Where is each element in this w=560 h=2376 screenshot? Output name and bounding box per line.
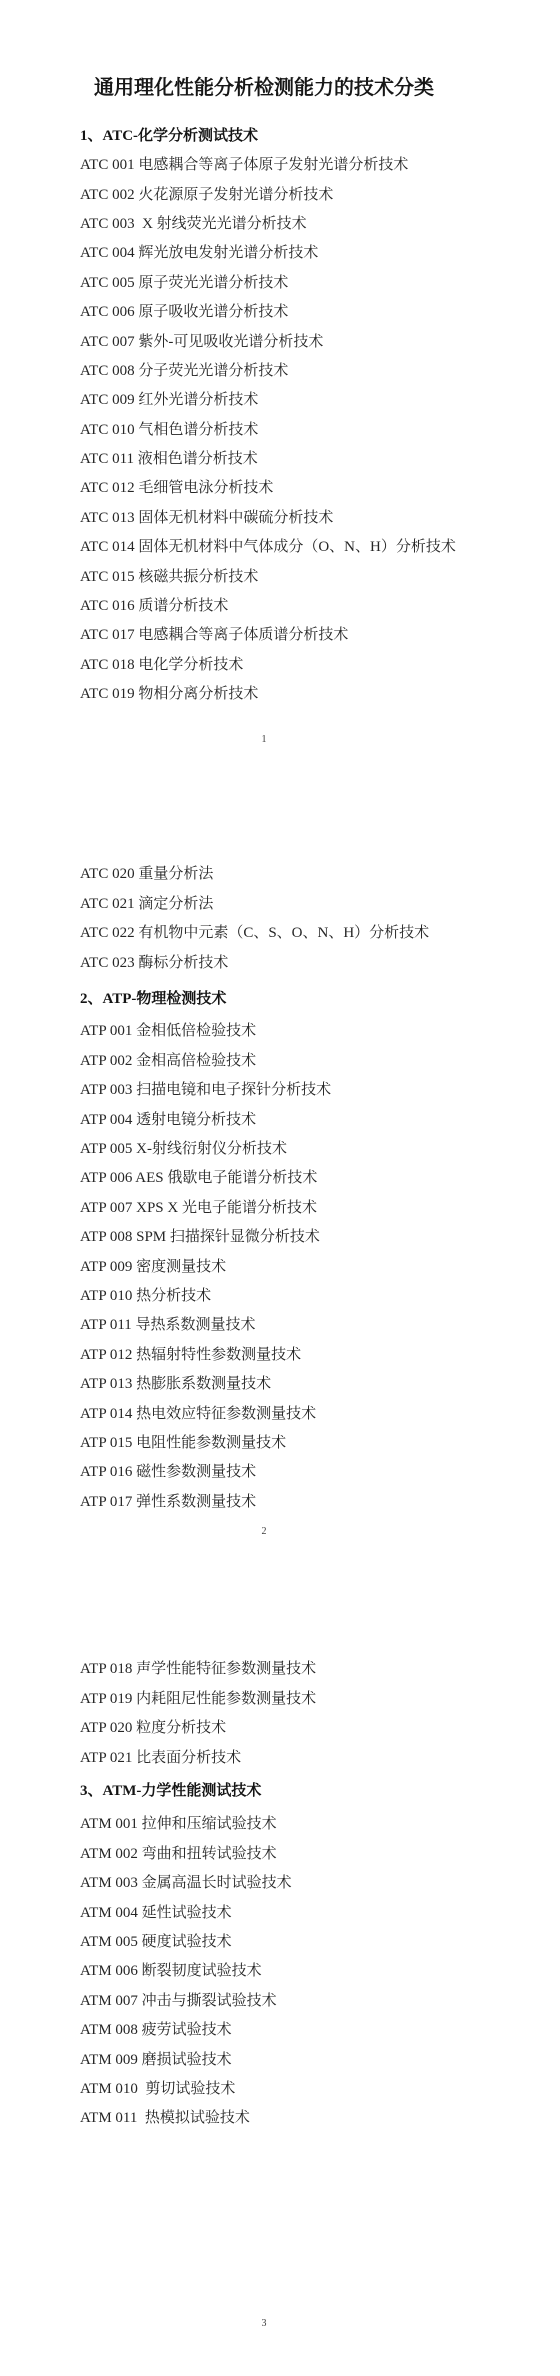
classification-item: ATC 008 分子荧光光谱分析技术 [80, 355, 448, 384]
page-1: 通用理化性能分析检测能力的技术分类 1、ATC-化学分析测试技术 ATC 001… [0, 0, 560, 792]
doc-line-text: ATC 007 紫外-可见吸收光谱分析技术 [80, 330, 323, 351]
doc-line-text: ATC 003 X 射线荧光光谱分析技术 [80, 212, 307, 233]
doc-line-text: ATP 018 声学性能特征参数测量技术 [80, 1657, 316, 1678]
doc-line-text: ATP 006 AES 俄歇电子能谱分析技术 [80, 1166, 317, 1187]
doc-line-text: ATM 005 硬度试验技术 [80, 1930, 232, 1951]
doc-line-text: ATM 008 疲劳试验技术 [80, 2018, 232, 2039]
classification-item: ATM 004 延性试验技术 [80, 1896, 448, 1925]
classification-item: ATP 011 导热系数测量技术 [80, 1309, 448, 1338]
classification-item: ATP 005 X-射线衍射仪分析技术 [80, 1133, 448, 1162]
doc-line-text: ATP 002 金相高倍检验技术 [80, 1049, 256, 1070]
classification-item: ATP 010 热分析技术 [80, 1280, 448, 1309]
classification-item: ATC 022 有机物中元素（C、S、O、N、H）分析技术 [80, 917, 448, 946]
doc-line-text: ATM 004 延性试验技术 [80, 1901, 232, 1922]
doc-line-text: ATM 011 热模拟试验技术 [80, 2106, 250, 2127]
doc-line-text: ATM 001 拉伸和压缩试验技术 [80, 1812, 277, 1833]
doc-line-text: ATC 017 电感耦合等离子体质谱分析技术 [80, 623, 348, 644]
doc-line-text: ATM 009 磨损试验技术 [80, 2048, 232, 2069]
doc-line-text: ATP 020 粒度分析技术 [80, 1716, 226, 1737]
classification-item: ATC 009 红外光谱分析技术 [80, 384, 448, 413]
classification-item: ATP 006 AES 俄歇电子能谱分析技术 [80, 1162, 448, 1191]
classification-item: ATC 004 辉光放电发射光谱分析技术 [80, 237, 448, 266]
classification-item: ATP 021 比表面分析技术 [80, 1741, 448, 1770]
doc-line-text: ATP 009 密度测量技术 [80, 1255, 226, 1276]
classification-item: ATP 015 电阻性能参数测量技术 [80, 1427, 448, 1456]
classification-item: ATC 001 电感耦合等离子体原子发射光谱分析技术 [80, 149, 448, 178]
doc-line-text: ATP 004 透射电镜分析技术 [80, 1108, 256, 1129]
doc-line-text: ATC 011 液相色谱分析技术 [80, 447, 258, 468]
doc-line-text: ATC 018 电化学分析技术 [80, 653, 243, 674]
page-3: ATP 018 声学性能特征参数测量技术 ATP 019 内耗阻尼性能参数测量技… [0, 1584, 560, 2376]
classification-item: ATC 007 紫外-可见吸收光谱分析技术 [80, 325, 448, 354]
page-3-lines: ATP 018 声学性能特征参数测量技术 ATP 019 内耗阻尼性能参数测量技… [80, 1653, 448, 2131]
doc-line-text: ATC 008 分子荧光光谱分析技术 [80, 359, 288, 380]
classification-item: ATP 020 粒度分析技术 [80, 1712, 448, 1741]
doc-line-text: ATP 005 X-射线衍射仪分析技术 [80, 1137, 287, 1158]
classification-item: ATC 019 物相分离分析技术 [80, 678, 448, 707]
classification-item: ATP 002 金相高倍检验技术 [80, 1045, 448, 1074]
doc-line-text: ATC 019 物相分离分析技术 [80, 682, 258, 703]
classification-item: ATP 016 磁性参数测量技术 [80, 1456, 448, 1485]
document: 通用理化性能分析检测能力的技术分类 1、ATC-化学分析测试技术 ATC 001… [0, 0, 560, 2376]
doc-line-text: ATP 012 热辐射特性参数测量技术 [80, 1343, 301, 1364]
page-number: 3 [80, 2317, 448, 2331]
classification-item: ATM 003 金属高温长时试验技术 [80, 1867, 448, 1896]
doc-line-text: ATC 016 质谱分析技术 [80, 594, 228, 615]
classification-item: ATP 012 热辐射特性参数测量技术 [80, 1339, 448, 1368]
doc-line-text: ATC 005 原子荧光光谱分析技术 [80, 271, 288, 292]
doc-line-text: ATP 017 弹性系数测量技术 [80, 1490, 256, 1511]
doc-line-text: ATM 007 冲击与撕裂试验技术 [80, 1989, 277, 2010]
classification-item: ATM 002 弯曲和扭转试验技术 [80, 1838, 448, 1867]
document-title: 通用理化性能分析检测能力的技术分类 [80, 74, 448, 102]
doc-line-text: ATC 010 气相色谱分析技术 [80, 418, 258, 439]
page-1-lines: 1、ATC-化学分析测试技术 ATC 001 电感耦合等离子体原子发射光谱分析技… [80, 120, 448, 708]
classification-item: ATC 011 液相色谱分析技术 [80, 443, 448, 472]
classification-item: ATC 014 固体无机材料中气体成分（O、N、H）分析技术 [80, 531, 448, 560]
doc-line-text: ATP 011 导热系数测量技术 [80, 1313, 256, 1334]
classification-item: ATM 009 磨损试验技术 [80, 2043, 448, 2072]
doc-line-text: ATC 009 红外光谱分析技术 [80, 388, 258, 409]
doc-line-text: ATC 021 滴定分析法 [80, 892, 213, 913]
doc-line-text: ATP 013 热膨胀系数测量技术 [80, 1372, 271, 1393]
classification-item: ATC 003 X 射线荧光光谱分析技术 [80, 208, 448, 237]
page-2: ATC 020 重量分析法 ATC 021 滴定分析法 ATC 022 有机物中… [0, 792, 560, 1584]
classification-item: ATM 008 疲劳试验技术 [80, 2014, 448, 2043]
doc-line-text: ATP 016 磁性参数测量技术 [80, 1460, 256, 1481]
classification-item: ATP 003 扫描电镜和电子探针分析技术 [80, 1074, 448, 1103]
classification-item: ATP 009 密度测量技术 [80, 1250, 448, 1279]
page-number: 1 [80, 733, 448, 747]
doc-line-text: ATP 003 扫描电镜和电子探针分析技术 [80, 1078, 331, 1099]
classification-item: ATC 012 毛细管电泳分析技术 [80, 472, 448, 501]
classification-item: ATM 007 冲击与撕裂试验技术 [80, 1985, 448, 2014]
doc-line-text: ATC 020 重量分析法 [80, 862, 213, 883]
page-2-content: ATC 020 重量分析法 ATC 021 滴定分析法 ATC 022 有机物中… [80, 792, 448, 1515]
classification-item: ATP 013 热膨胀系数测量技术 [80, 1368, 448, 1397]
classification-item: ATC 020 重量分析法 [80, 858, 448, 887]
classification-item: ATM 005 硬度试验技术 [80, 1926, 448, 1955]
doc-line-text: ATC 001 电感耦合等离子体原子发射光谱分析技术 [80, 153, 408, 174]
classification-item: ATC 015 核磁共振分析技术 [80, 560, 448, 589]
classification-item: ATP 017 弹性系数测量技术 [80, 1485, 448, 1514]
classification-item: ATP 004 透射电镜分析技术 [80, 1103, 448, 1132]
classification-item: ATC 005 原子荧光光谱分析技术 [80, 267, 448, 296]
section-heading: 3、ATM-力学性能测试技术 [80, 1775, 448, 1804]
doc-line-text: ATP 014 热电效应特征参数测量技术 [80, 1402, 316, 1423]
page-3-content: ATP 018 声学性能特征参数测量技术 ATP 019 内耗阻尼性能参数测量技… [80, 1584, 448, 2132]
classification-item: ATC 016 质谱分析技术 [80, 590, 448, 619]
classification-item: ATC 017 电感耦合等离子体质谱分析技术 [80, 619, 448, 648]
page-1-content: 通用理化性能分析检测能力的技术分类 1、ATC-化学分析测试技术 ATC 001… [80, 0, 448, 707]
classification-item: ATP 019 内耗阻尼性能参数测量技术 [80, 1683, 448, 1712]
section-heading: 1、ATC-化学分析测试技术 [80, 120, 448, 149]
doc-line-text: ATM 003 金属高温长时试验技术 [80, 1871, 292, 1892]
doc-line-text: ATC 002 火花源原子发射光谱分析技术 [80, 183, 333, 204]
classification-item: ATP 018 声学性能特征参数测量技术 [80, 1653, 448, 1682]
classification-item: ATM 010 剪切试验技术 [80, 2073, 448, 2102]
doc-line-text: ATC 004 辉光放电发射光谱分析技术 [80, 241, 318, 262]
doc-line-text: ATC 013 固体无机材料中碳硫分析技术 [80, 506, 333, 527]
doc-line-text: ATC 015 核磁共振分析技术 [80, 565, 258, 586]
doc-line-text: 3、ATM-力学性能测试技术 [80, 1779, 261, 1800]
doc-line-text: ATP 008 SPM 扫描探针显微分析技术 [80, 1225, 320, 1246]
doc-line-text: ATC 022 有机物中元素（C、S、O、N、H）分析技术 [80, 921, 429, 942]
classification-item: ATP 007 XPS X 光电子能谱分析技术 [80, 1192, 448, 1221]
classification-item: ATC 021 滴定分析法 [80, 888, 448, 917]
classification-item: ATC 018 电化学分析技术 [80, 649, 448, 678]
doc-line-text: ATC 014 固体无机材料中气体成分（O、N、H）分析技术 [80, 535, 456, 556]
classification-item: ATP 001 金相低倍检验技术 [80, 1015, 448, 1044]
doc-line-text: 2、ATP-物理检测技术 [80, 987, 226, 1008]
section-heading: 2、ATP-物理检测技术 [80, 983, 448, 1012]
page-2-lines: ATC 020 重量分析法 ATC 021 滴定分析法 ATC 022 有机物中… [80, 858, 448, 1515]
classification-item: ATP 008 SPM 扫描探针显微分析技术 [80, 1221, 448, 1250]
classification-item: ATP 014 热电效应特征参数测量技术 [80, 1397, 448, 1426]
doc-line-text: ATP 010 热分析技术 [80, 1284, 211, 1305]
classification-item: ATM 011 热模拟试验技术 [80, 2102, 448, 2131]
doc-line-text: ATM 002 弯曲和扭转试验技术 [80, 1842, 277, 1863]
doc-line-text: ATP 007 XPS X 光电子能谱分析技术 [80, 1196, 317, 1217]
classification-item: ATC 010 气相色谱分析技术 [80, 414, 448, 443]
classification-item: ATC 023 酶标分析技术 [80, 946, 448, 975]
classification-item: ATM 001 拉伸和压缩试验技术 [80, 1808, 448, 1837]
doc-line-text: ATP 019 内耗阻尼性能参数测量技术 [80, 1687, 316, 1708]
doc-line-text: ATP 015 电阻性能参数测量技术 [80, 1431, 286, 1452]
doc-line-text: ATC 012 毛细管电泳分析技术 [80, 476, 273, 497]
classification-item: ATC 013 固体无机材料中碳硫分析技术 [80, 502, 448, 531]
doc-line-text: ATM 006 断裂韧度试验技术 [80, 1959, 262, 1980]
classification-item: ATC 006 原子吸收光谱分析技术 [80, 296, 448, 325]
doc-line-text: ATP 001 金相低倍检验技术 [80, 1019, 256, 1040]
classification-item: ATM 006 断裂韧度试验技术 [80, 1955, 448, 1984]
doc-line-text: ATM 010 剪切试验技术 [80, 2077, 235, 2098]
doc-line-text: 1、ATC-化学分析测试技术 [80, 124, 258, 145]
doc-line-text: ATP 021 比表面分析技术 [80, 1746, 241, 1767]
doc-line-text: ATC 023 酶标分析技术 [80, 951, 228, 972]
page-number: 2 [80, 1525, 448, 1539]
classification-item: ATC 002 火花源原子发射光谱分析技术 [80, 178, 448, 207]
doc-line-text: ATC 006 原子吸收光谱分析技术 [80, 300, 288, 321]
